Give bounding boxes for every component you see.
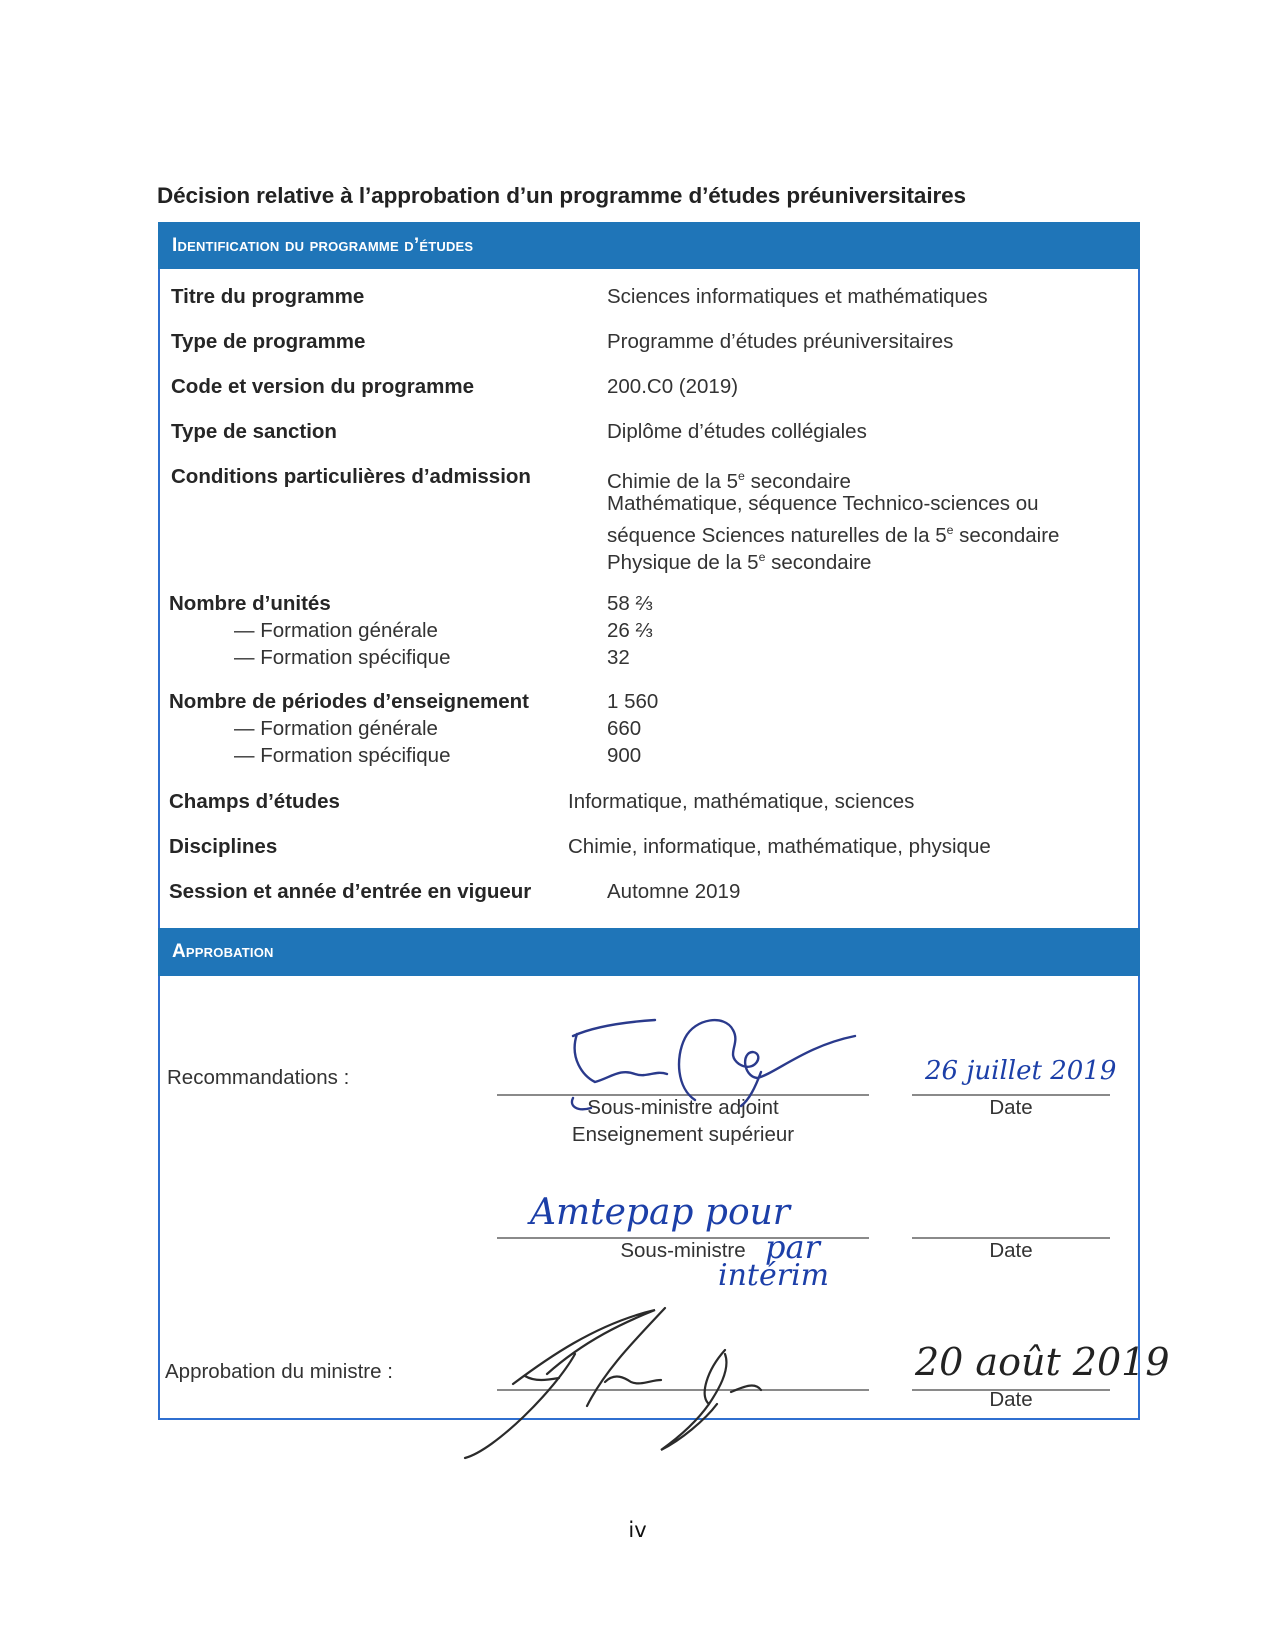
handwritten-note-interim: intérim [718,1258,829,1293]
value-unites: 58 ⅔ [607,590,653,617]
label-disciplines: Disciplines [169,833,277,860]
label-unites: Nombre d’unités [169,590,331,617]
value-conditions-4: Physique de la 5e secondaire [607,544,871,576]
label-type-programme: Type de programme [171,328,365,355]
label-periodes-generale: — Formation générale [234,715,438,742]
page-number: iv [0,1518,1275,1542]
value-periodes-specifique: 900 [607,742,641,769]
value-champs: Informatique, mathématique, sciences [568,788,914,815]
date-label-ministre: Date [912,1386,1110,1413]
page-title: Décision relative à l’approbation d’un p… [157,183,966,209]
label-champs: Champs d’études [169,788,340,815]
value-titre: Sciences informatiques et mathématiques [607,283,988,310]
label-periodes: Nombre de périodes d’enseignement [169,688,529,715]
label-titre: Titre du programme [171,283,364,310]
value-unites-generale: 26 ⅔ [607,617,653,644]
value-periodes: 1 560 [607,688,658,715]
value-type-programme: Programme d’études préuniversitaires [607,328,953,355]
handwritten-date-recommandations: 26 juillet 2019 [925,1056,1116,1086]
signature-sous-ministre-adjoint [555,1008,895,1118]
label-conditions: Conditions particulières d’admission [171,463,531,490]
section-header-approbation: Approbation [158,928,1140,976]
date-label-recommandations: Date [912,1094,1110,1121]
label-approbation-ministre: Approbation du ministre : [165,1358,393,1385]
section-header-approbation-text: Approbation [172,941,274,963]
section-header-identification-text: Identification du programme d’études [172,235,473,257]
section-header-identification: Identification du programme d’études [158,222,1140,269]
value-conditions-2: Mathématique, séquence Technico-sciences… [607,490,1039,517]
value-periodes-generale: 660 [607,715,641,742]
value-code: 200.C0 (2019) [607,373,738,400]
label-sanction: Type de sanction [171,418,337,445]
handwritten-date-ministre: 20 août 2019 [915,1340,1170,1384]
label-session: Session et année d’entrée en vigueur [169,878,531,905]
label-unites-specifique: — Formation spécifique [234,644,450,671]
value-session: Automne 2019 [607,878,740,905]
label-code: Code et version du programme [171,373,474,400]
date-label-sous-ministre: Date [912,1237,1110,1264]
label-unites-generale: — Formation générale [234,617,438,644]
signer-title-enseignement-superieur: Enseignement supérieur [497,1121,869,1148]
value-sanction: Diplôme d’études collégiales [607,418,867,445]
value-unites-specifique: 32 [607,644,630,671]
handwritten-note-pour: Amtepap pour [530,1192,790,1233]
value-disciplines: Chimie, informatique, mathématique, phys… [568,833,991,860]
label-recommandations: Recommandations : [167,1064,349,1091]
signature-ministre [455,1300,815,1460]
label-periodes-specifique: — Formation spécifique [234,742,450,769]
